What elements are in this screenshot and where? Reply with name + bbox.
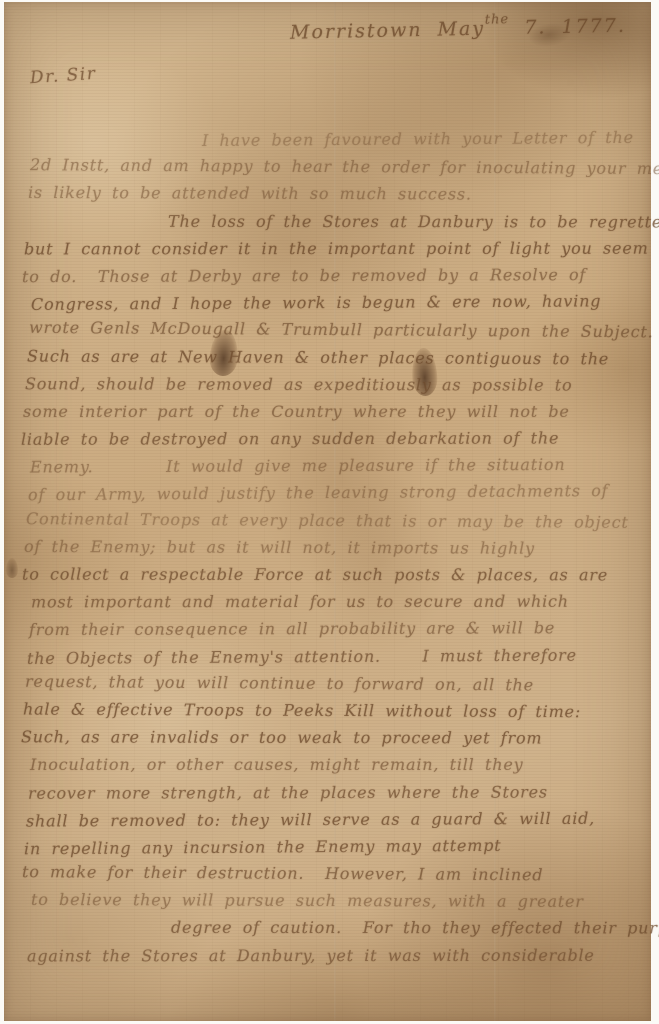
manuscript-line: to make for their destruction. However, … [22, 858, 637, 889]
dateline-day-year: 7. 1777. [509, 15, 626, 39]
manuscript-line: Such as are at New Haven & other places … [27, 342, 642, 372]
manuscript-line: to believe they will pursue such measure… [31, 886, 646, 915]
ink-blot [6, 558, 18, 578]
manuscript-line: Inoculation, or other causes, might rema… [30, 751, 645, 778]
manuscript-line: against the Stores at Danbury, yet it wa… [27, 941, 642, 969]
manuscript-line: 2d Instt, and am happy to hear the order… [30, 151, 645, 182]
letter-body: I have been favoured with your Letter of… [26, 126, 641, 969]
manuscript-line: from their consequence in all probabilit… [29, 614, 644, 643]
manuscript-line: the Objects of the Enemy's attention. I … [27, 641, 642, 672]
manuscript-line: wrote Genls McDougall & Trumbull particu… [29, 314, 644, 346]
manuscript-line: most important and material for us to se… [31, 588, 646, 616]
manuscript-line: liable to be destroyed on any sudden deb… [21, 424, 636, 453]
salutation: Dr. Sir [29, 64, 97, 89]
manuscript-line: but I cannot consider it in the importan… [24, 234, 639, 262]
manuscript-line: request, that you will continue to forwa… [25, 667, 640, 699]
dateline-place-month: Morristown May [290, 18, 485, 44]
manuscript-line: degree of caution. For tho they effected… [29, 914, 644, 942]
manuscript-line: some interior part of the Country where … [23, 398, 638, 425]
manuscript-line: recover more strength, at the places whe… [28, 778, 643, 807]
paper-sheet: Morristown Maythe 7. 1777. Dr. Sir I hav… [4, 2, 651, 1021]
manuscript-line: hale & effective Troops to Peeks Kill wi… [23, 695, 638, 725]
manuscript-line: is likely to be attended with so much su… [28, 179, 643, 208]
manuscript-line: Continental Troops at every place that i… [26, 505, 641, 536]
manuscript-line: of our Army, would justify the leaving s… [28, 477, 643, 509]
dateline: Morristown Maythe 7. 1777. [290, 14, 643, 43]
manuscript-line: of the Enemy; but as it will not, it imp… [24, 533, 639, 562]
manuscript-line: in repelling any incursion the Enemy may… [24, 831, 639, 863]
manuscript-line: Sound, should be removed as expeditiousl… [25, 370, 640, 399]
dateline-superscript: the [485, 12, 510, 28]
scanned-letter-page: Morristown Maythe 7. 1777. Dr. Sir I hav… [0, 0, 659, 1024]
manuscript-line: shall be removed to: they will serve as … [26, 804, 641, 834]
manuscript-line: The loss of the Stores at Danbury is to … [26, 207, 641, 235]
manuscript-line: to collect a respectable Force at such p… [22, 561, 637, 589]
manuscript-line: to do. Those at Derby are to be removed … [22, 261, 637, 290]
manuscript-line: Such, as are invalids or too weak to pro… [21, 723, 636, 752]
